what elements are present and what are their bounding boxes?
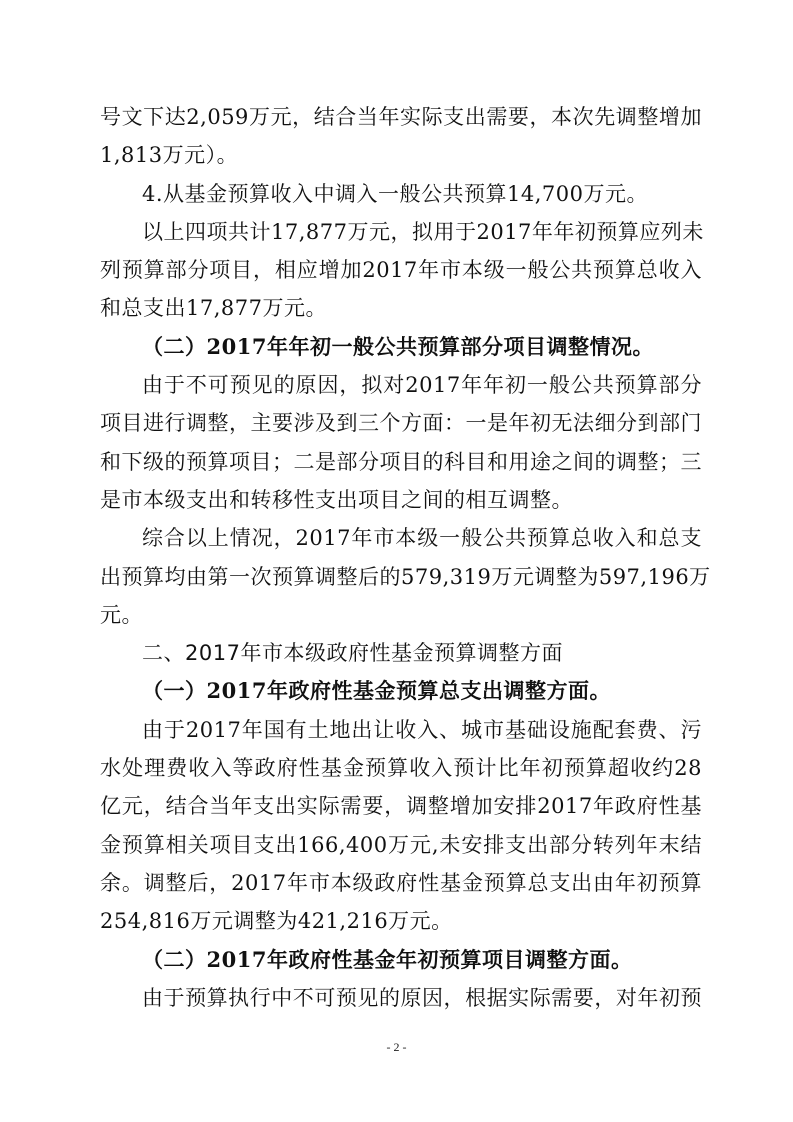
- paragraph-line: 余。调整后，2017年市本级政府性基金预算总支出由年初预算: [100, 864, 702, 902]
- document-page: 号文下达2,059万元，结合当年实际支出需要，本次先调整增加 1,813万元）。…: [100, 98, 702, 1017]
- paragraph-line: 列预算部分项目，相应增加2017年市本级一般公共预算总收入: [100, 251, 702, 289]
- list-item: 4.从基金预算收入中调入一般公共预算14,700万元。: [100, 175, 702, 213]
- chapter-heading: 二、2017年市本级政府性基金预算调整方面: [100, 634, 702, 672]
- paragraph-line: 亿元，结合当年支出实际需要，调整增加安排2017年政府性基: [100, 787, 702, 825]
- paragraph-line: 由于预算执行中不可预见的原因，根据实际需要，对年初预: [100, 979, 702, 1017]
- paragraph-line: 出预算均由第一次预算调整后的579,319万元调整为597,196万: [100, 558, 702, 596]
- paragraph-line: 以上四项共计17,877万元，拟用于2017年年初预算应列未: [100, 213, 702, 251]
- paragraph-line: 水处理费收入等政府性基金预算收入预计比年初预算超收约28: [100, 749, 702, 787]
- paragraph-line: 和总支出17,877万元。: [100, 289, 702, 327]
- paragraph-line: 金预算相关项目支出166,400万元,未安排支出部分转列年末结: [100, 826, 702, 864]
- paragraph-line: 254,816万元调整为421,216万元。: [100, 902, 702, 940]
- paragraph-line: 是市本级支出和转移性支出项目之间的相互调整。: [100, 481, 702, 519]
- paragraph-line: 1,813万元）。: [100, 136, 702, 174]
- paragraph-line: 号文下达2,059万元，结合当年实际支出需要，本次先调整增加: [100, 98, 702, 136]
- page-number: - 2 -: [0, 1040, 793, 1055]
- paragraph-line: 由于不可预见的原因，拟对2017年年初一般公共预算部分: [100, 366, 702, 404]
- section-heading: （二）2017年年初一般公共预算部分项目调整情况。: [100, 328, 702, 366]
- section-heading: （一）2017年政府性基金预算总支出调整方面。: [100, 672, 702, 710]
- paragraph-line: 由于2017年国有土地出让收入、城市基础设施配套费、污: [100, 711, 702, 749]
- paragraph-line: 和下级的预算项目；二是部分项目的科目和用途之间的调整；三: [100, 443, 702, 481]
- paragraph-line: 项目进行调整，主要涉及到三个方面：一是年初无法细分到部门: [100, 404, 702, 442]
- section-heading: （二）2017年政府性基金年初预算项目调整方面。: [100, 941, 702, 979]
- paragraph-line: 元。: [100, 596, 702, 634]
- paragraph-line: 综合以上情况，2017年市本级一般公共预算总收入和总支: [100, 519, 702, 557]
